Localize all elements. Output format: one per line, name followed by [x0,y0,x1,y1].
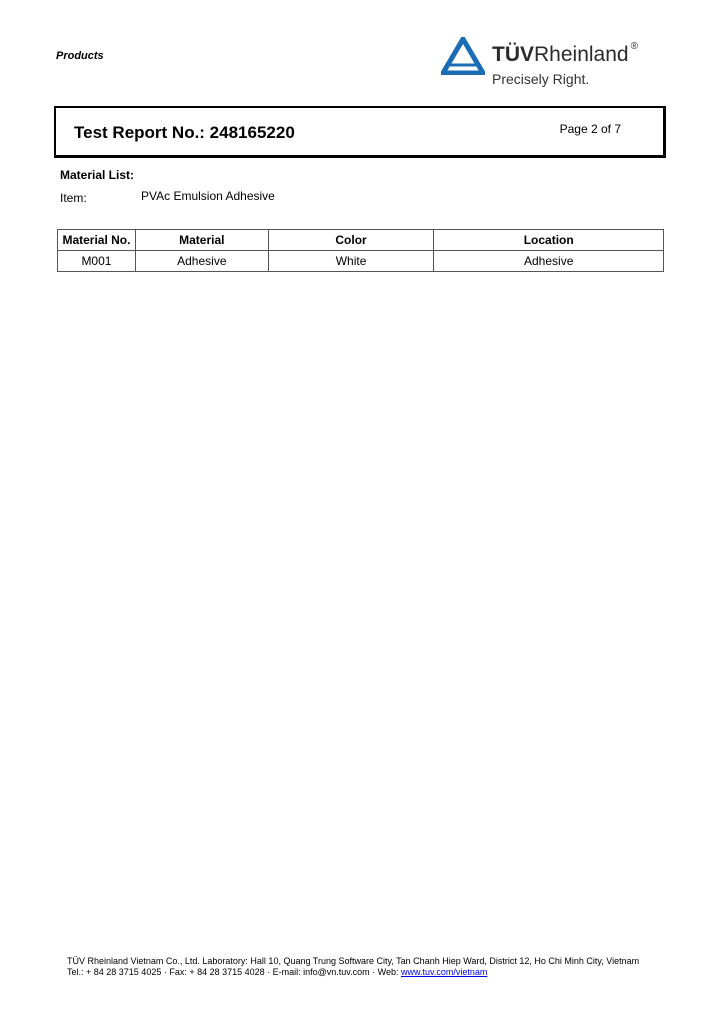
column-header: Material No. [58,230,136,251]
tuv-rheinland-logo: TÜVRheinland® Precisely Right. [441,35,656,91]
item-value: PVAc Emulsion Adhesive [141,189,275,203]
item-label: Item: [60,191,87,205]
page-number: Page 2 of 7 [560,122,621,136]
table-cell: Adhesive [135,251,268,272]
table-cell: Adhesive [434,251,664,272]
material-table: Material No. Material Color Location M00… [57,229,664,272]
footer-contact: Tel.: + 84 28 3715 4025 · Fax: + 84 28 3… [67,967,647,978]
table-cell: M001 [58,251,136,272]
table-header-row: Material No. Material Color Location [58,230,664,251]
footer: TÜV Rheinland Vietnam Co., Ltd. Laborato… [67,956,647,978]
table-row: M001 Adhesive White Adhesive [58,251,664,272]
table-cell: White [268,251,434,272]
material-list-heading: Material List: [60,168,134,182]
section-label: Products [56,50,104,62]
report-title: Test Report No.: 248165220 [74,123,295,143]
column-header: Material [135,230,268,251]
brand-tagline: Precisely Right. [492,71,589,87]
triangle-logo-icon [441,37,485,75]
footer-address: TÜV Rheinland Vietnam Co., Ltd. Laborato… [67,956,647,967]
report-title-box: Test Report No.: 248165220 Page 2 of 7 [54,106,666,158]
brand-name: TÜVRheinland® [492,43,638,67]
column-header: Color [268,230,434,251]
column-header: Location [434,230,664,251]
website-link[interactable]: www.tuv.com/vietnam [401,967,487,977]
